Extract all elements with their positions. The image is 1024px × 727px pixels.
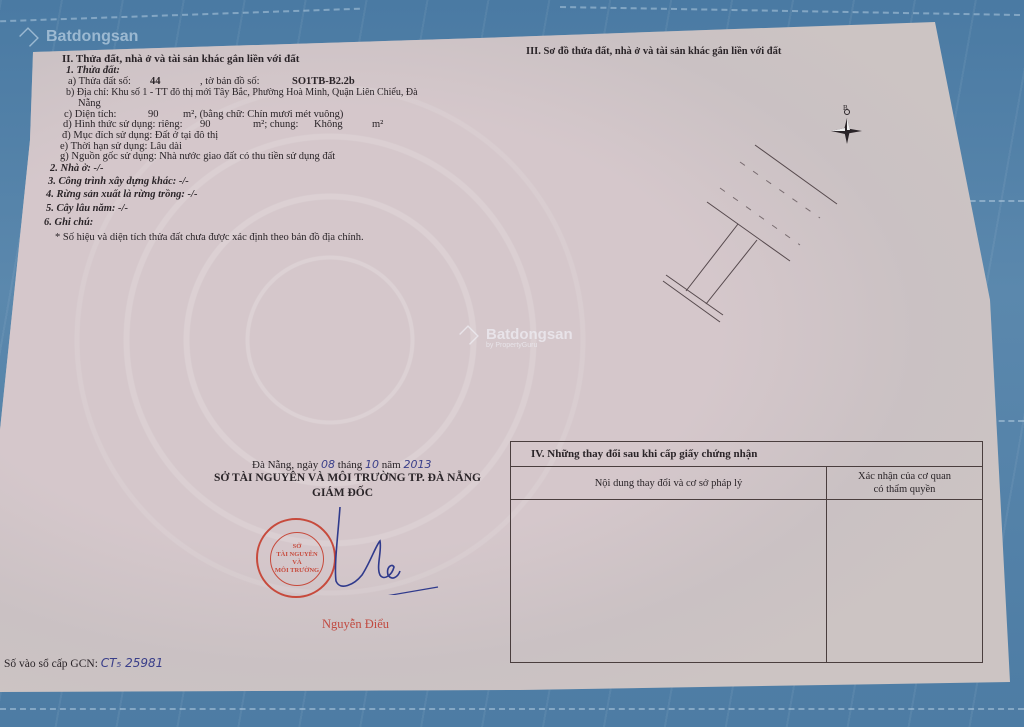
- shared-area-value: Không: [314, 119, 343, 130]
- issuing-agency: SỞ TÀI NGUYÊN VÀ MÔI TRƯỜNG TP. ĐÀ NẴNG: [214, 472, 481, 484]
- watermark-text: Batdongsan: [486, 326, 573, 343]
- handwritten-signature: [320, 505, 440, 595]
- private-area-value: 90: [200, 119, 211, 130]
- watermark-subtext: by PropertyGuru: [486, 342, 573, 349]
- land-heading: 1. Thửa đất:: [66, 65, 120, 76]
- watermark-logo-top: Batdongsan: [18, 28, 138, 46]
- confirmation-line-2: có thẩm quyền: [874, 484, 936, 495]
- parcel-number-value: 44: [150, 76, 161, 87]
- map-sheet-value: SO1TB-B2.2b: [292, 76, 355, 87]
- compass-north-label: B: [843, 104, 848, 112]
- column-header-changes: Nội dung thay đổi và cơ sở pháp lý: [511, 467, 827, 500]
- shared-area-label: m²; chung:: [253, 119, 298, 130]
- notes-heading: 6. Ghi chú:: [44, 217, 93, 228]
- house-logo-icon: [19, 27, 39, 47]
- notes-text: * Số hiệu và diện tích thửa đất chưa đượ…: [55, 232, 364, 243]
- address-line-cont: Nẵng: [78, 98, 101, 109]
- date-place-label: Đà Nẵng, ngày: [252, 459, 318, 471]
- changes-table: IV. Những thay đổi sau khi cấp giấy chứn…: [510, 441, 983, 663]
- seal-text: MÔI TRƯỜNG: [275, 567, 319, 575]
- signer-position: GIÁM ĐỐC: [312, 487, 373, 499]
- date-month-label: tháng: [338, 459, 362, 471]
- registry-number: CT₅ 25981: [101, 656, 164, 670]
- quilt-stitch: [0, 708, 1024, 710]
- quilt-stitch: [0, 8, 360, 23]
- land-certificate-page: II. Thửa đất, nhà ở và tài sản khác gắn …: [0, 0, 1024, 727]
- changes-content-cell: [511, 500, 827, 663]
- registry-label: Số vào sổ cấp GCN:: [4, 658, 98, 670]
- other-works-item: 3. Công trình xây dựng khác: -/-: [48, 176, 189, 187]
- compass-icon: [828, 108, 864, 148]
- land-origin: g) Nguồn gốc sử dụng: Nhà nước giao đất …: [60, 151, 335, 162]
- column-header-confirmation: Xác nhận của cơ quan có thẩm quyền: [827, 467, 983, 500]
- watermark-logo-center: Batdongsan by PropertyGuru: [458, 326, 573, 349]
- confirmation-cell: [827, 500, 983, 663]
- land-purpose: đ) Mục đích sử dụng: Đất ở tại đô thị: [62, 130, 218, 141]
- house-item: 2. Nhà ở: -/-: [50, 163, 103, 174]
- perennial-item: 5. Cây lâu năm: -/-: [46, 203, 128, 214]
- confirmation-line-1: Xác nhận của cơ quan: [858, 471, 951, 482]
- table-header-row: Nội dung thay đổi và cơ sở pháp lý Xác n…: [511, 467, 983, 500]
- table-title-row: IV. Những thay đổi sau khi cấp giấy chứn…: [511, 442, 983, 467]
- seal-text: TÀI NGUYÊN: [276, 551, 317, 559]
- seal-text: VÀ: [292, 559, 301, 567]
- signer-name: Nguyễn Điểu: [322, 617, 389, 632]
- seal-center: SỞ TÀI NGUYÊN VÀ MÔI TRƯỜNG: [270, 532, 324, 586]
- section-4-title: IV. Những thay đổi sau khi cấp giấy chứn…: [511, 442, 983, 467]
- date-month: 10: [365, 458, 379, 471]
- date-year-label: năm: [382, 459, 401, 471]
- usage-form-label: d) Hình thức sử dụng: riêng:: [63, 119, 183, 130]
- house-logo-icon: [459, 325, 479, 345]
- registry-line: Số vào sổ cấp GCN: CT₅ 25981: [4, 656, 163, 670]
- address-line: b) Địa chỉ: Khu số 1 - TT đô thị mới Tây…: [66, 87, 418, 98]
- date-line: Đà Nẵng, ngày 08 tháng 10 năm 2013: [252, 458, 431, 471]
- parcel-number-label: a) Thửa đất số:: [68, 76, 131, 87]
- section-2-title: II. Thửa đất, nhà ở và tài sản khác gắn …: [62, 53, 299, 65]
- date-day: 08: [321, 458, 335, 471]
- map-sheet-label: , tờ bản đồ số:: [200, 76, 260, 87]
- forest-item: 4. Rừng sản xuất là rừng trồng: -/-: [46, 189, 197, 200]
- quilt-stitch: [560, 6, 1020, 16]
- shared-area-unit: m²: [372, 119, 383, 130]
- date-year: 2013: [403, 458, 431, 471]
- watermark-text: Batdongsan: [46, 28, 138, 45]
- table-row: [511, 500, 983, 663]
- section-3-title: III. Sơ đồ thửa đất, nhà ở và tài sản kh…: [526, 46, 781, 57]
